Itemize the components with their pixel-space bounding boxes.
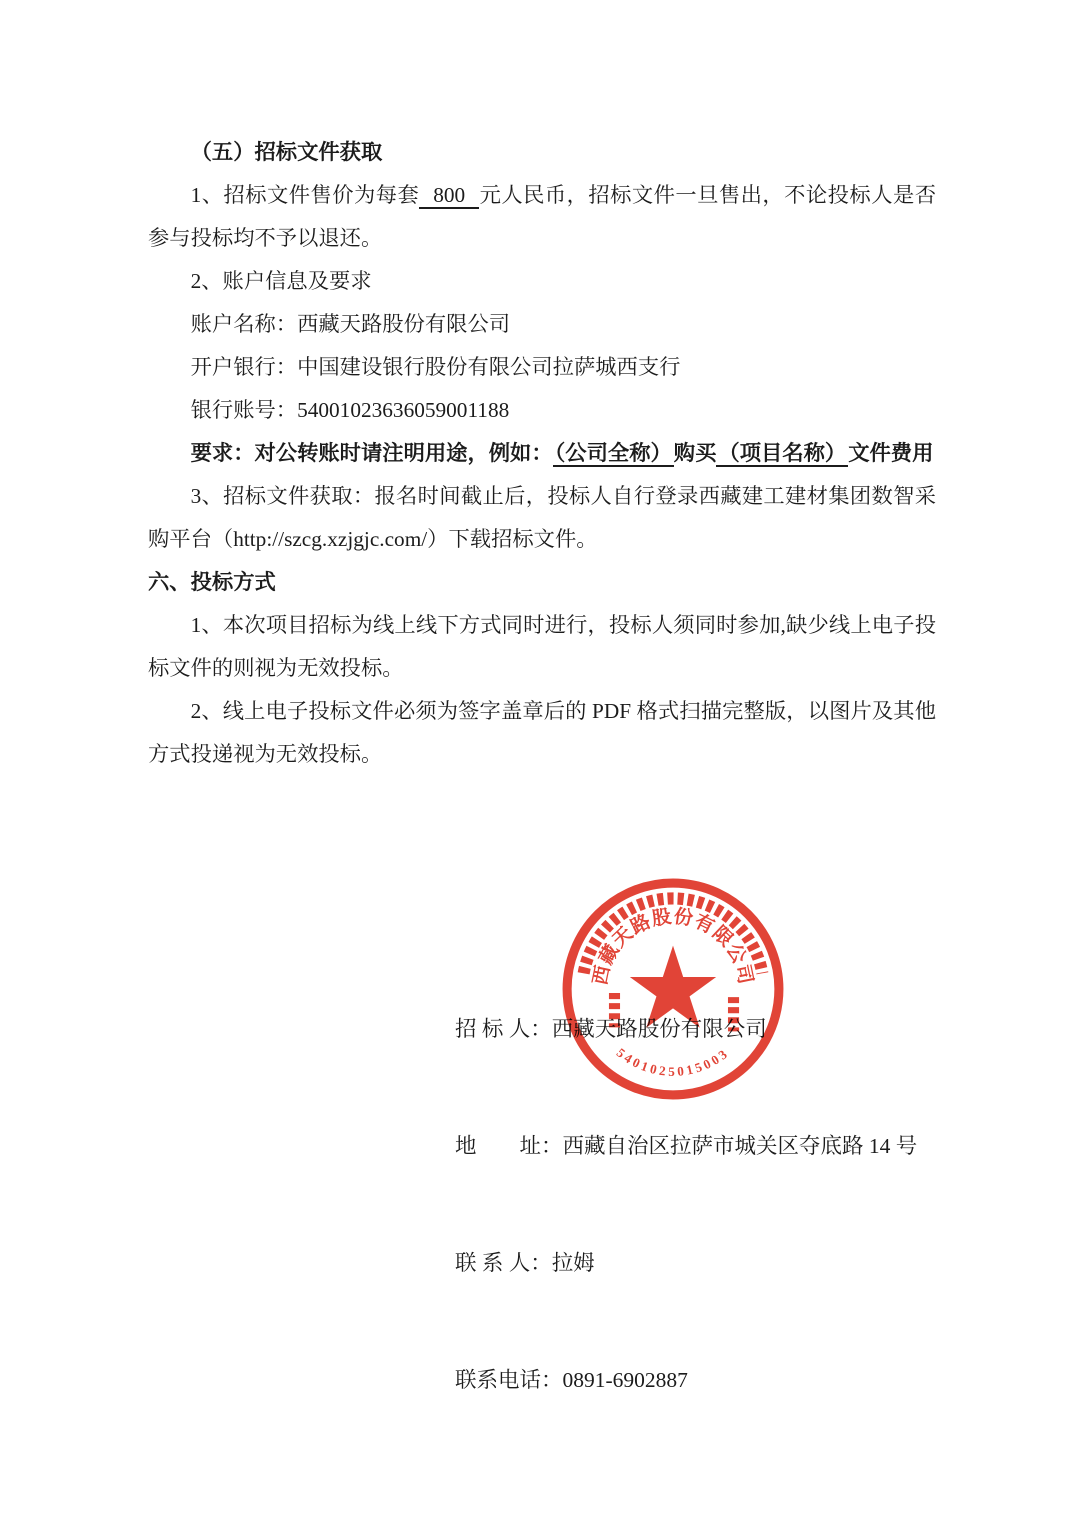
contact-block: 招 标 人：西藏天路股份有限公司 地 址：西藏自治区拉萨市城关区夺底路 14 号…: [455, 932, 917, 1439]
section5-item1: 1、招标文件售价为每套800元人民币，招标文件一旦售出，不论投标人是否参与投标均…: [148, 174, 936, 260]
bank-line: 开户银行：中国建设银行股份有限公司拉萨城西支行: [148, 346, 936, 389]
account-number-line: 银行账号：54001023636059001188: [148, 389, 936, 432]
contact-person-label: 联 系 人：: [455, 1251, 552, 1275]
section6-item1: 1、本次项目招标为线上线下方式同时进行，投标人须同时参加,缺少线上电子投标文件的…: [148, 604, 936, 690]
project-name-placeholder: （项目名称）: [716, 441, 848, 467]
address-label: 地 址：: [455, 1134, 563, 1158]
contact-person-row: 联 系 人：拉姆: [455, 1244, 917, 1283]
phone-row: 联系电话：0891-6902887: [455, 1361, 917, 1400]
section5-item2-heading: 2、账户信息及要求: [148, 260, 936, 303]
section6-item2: 2、线上电子投标文件必须为签字盖章后的 PDF 格式扫描完整版，以图片及其他方式…: [148, 690, 936, 776]
address-value: 西藏自治区拉萨市城关区夺底路 14 号: [563, 1134, 918, 1158]
section6-heading: 六、投标方式: [148, 561, 936, 604]
tenderer-row: 招 标 人：西藏天路股份有限公司: [455, 1010, 917, 1049]
price-underlined-value: 800: [419, 183, 479, 209]
contact-person-value: 拉姆: [552, 1251, 595, 1275]
tenderer-value: 西藏天路股份有限公司: [552, 1017, 767, 1041]
requirement-post: 文件费用: [848, 441, 933, 465]
company-name-placeholder: （公司全称）: [553, 441, 674, 467]
account-name-line: 账户名称：西藏天路股份有限公司: [148, 303, 936, 346]
section5-heading: （五）招标文件获取: [148, 131, 936, 174]
requirement-mid: 购买: [674, 441, 717, 465]
document-body: （五）招标文件获取 1、招标文件售价为每套800元人民币，招标文件一旦售出，不论…: [148, 131, 936, 776]
phone-label: 联系电话：: [455, 1368, 563, 1392]
item1-text-pre: 1、招标文件售价为每套: [191, 183, 420, 207]
tenderer-label: 招 标 人：: [455, 1017, 552, 1041]
address-row: 地 址：西藏自治区拉萨市城关区夺底路 14 号: [455, 1127, 917, 1166]
transfer-requirement-line: 要求：对公转账时请注明用途，例如：（公司全称）购买（项目名称）文件费用: [148, 432, 936, 475]
requirement-pre: 要求：对公转账时请注明用途，例如：: [191, 441, 553, 465]
phone-value: 0891-6902887: [563, 1368, 688, 1392]
section5-item3: 3、招标文件获取：报名时间截止后，投标人自行登录西藏建工建材集团数智采购平台（h…: [148, 475, 936, 561]
